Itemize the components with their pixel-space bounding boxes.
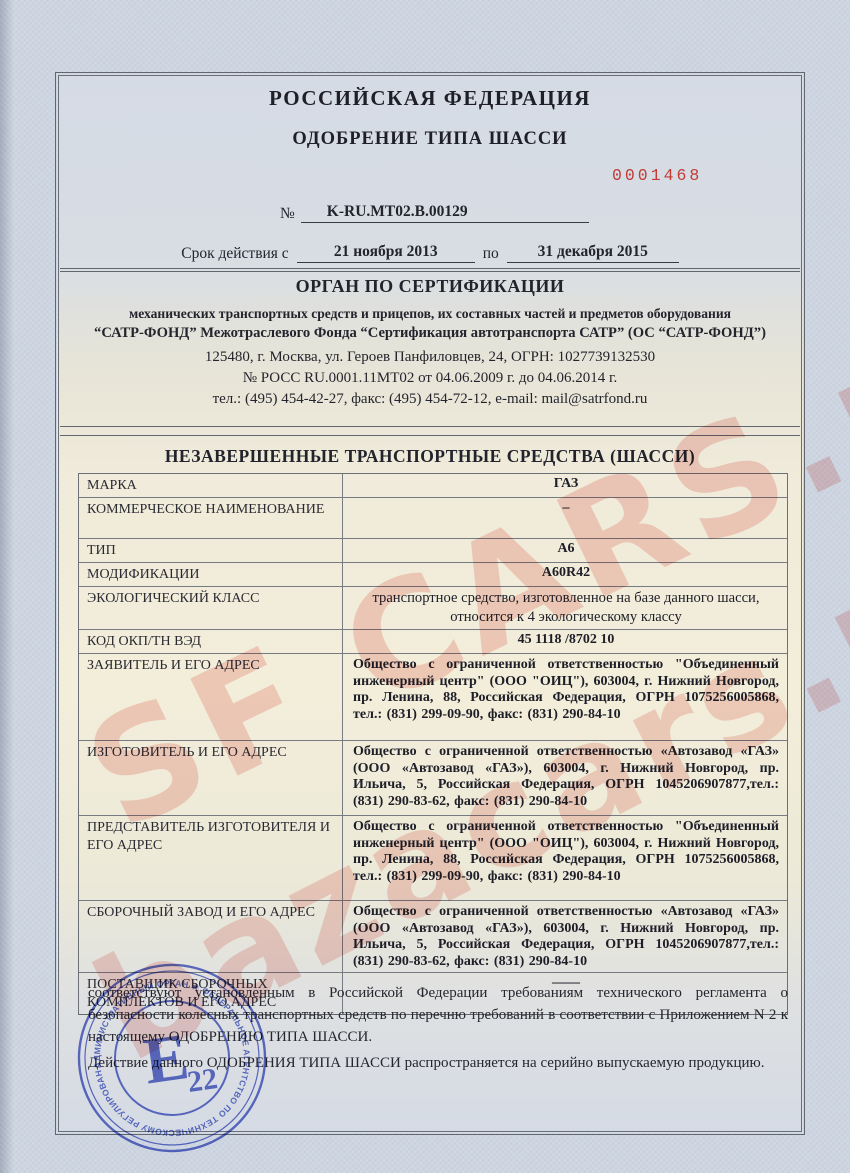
table-row: МАРКАГАЗ [79,474,787,497]
row-label: КОД ОКП/ТН ВЭД [79,630,343,653]
row-label: ИЗГОТОВИТЕЛЬ И ЕГО АДРЕС [79,741,343,815]
validity-prefix: Срок действия с [181,245,288,263]
validity-mid: по [483,245,499,263]
chassis-section-title: НЕЗАВЕРШЕННЫЕ ТРАНСПОРТНЫЕ СРЕДСТВА (ШАС… [60,446,800,467]
certification-body-contacts: тел.: (495) 454-42-27, факс: (495) 454-7… [70,389,790,410]
row-label: ТИП [79,539,343,562]
validity-date-from: 21 ноября 2013 [297,243,475,263]
chassis-table: МАРКАГАЗКОММЕРЧЕСКОЕ НАИМЕНОВАНИЕ–ТИПА6М… [78,473,788,1015]
row-value: Общество с ограниченной ответственностью… [343,816,787,900]
approval-number-line: № K-RU.MT02.B.00129 [280,203,589,223]
row-value: Общество с ограниченной ответственностью… [343,901,787,972]
certification-body-section: ОРГАН ПО СЕРТИФИКАЦИИ механических транс… [70,276,790,410]
country-title: РОССИЙСКАЯ ФЕДЕРАЦИЯ [60,86,800,111]
certification-body-address: 125480, г. Москва, ул. Героев Панфиловце… [70,347,790,368]
certification-body-name: “САТР-ФОНД” Межотраслевого Фонда “Сертиф… [70,325,790,342]
row-value: транспортное средство, изготовленное на … [343,587,787,629]
row-value: А6 [343,539,787,562]
certification-body-title: ОРГАН ПО СЕРТИФИКАЦИИ [70,276,790,297]
approval-number-value: K-RU.MT02.B.00129 [301,203,589,223]
row-label: ПРЕДСТАВИТЕЛЬ ИЗГОТОВИТЕЛЯ И ЕГО АДРЕС [79,816,343,900]
serial-number: 0001468 [612,166,702,185]
row-label: МАРКА [79,474,343,497]
certification-body-scope: механических транспортных средств и приц… [70,306,790,322]
row-value: ГАЗ [343,474,787,497]
row-value: Общество с ограниченной ответственностью… [343,654,787,740]
number-sign: № [280,205,301,223]
table-row: ЗАЯВИТЕЛЬ И ЕГО АДРЕСОбщество с ограниче… [79,653,787,740]
validity-line: Срок действия с 21 ноября 2013 по 31 дек… [60,243,800,263]
divider-line [60,268,800,269]
divider-line [60,426,800,427]
divider-line [60,435,800,436]
row-value: A60R42 [343,563,787,586]
validity-date-to: 31 декабря 2015 [507,243,679,263]
row-label: КОММЕРЧЕСКОЕ НАИМЕНОВАНИЕ [79,498,343,538]
divider-line [60,271,800,272]
table-row: КОД ОКП/ТН ВЭД45 1118 /8702 10 [79,629,787,653]
stamp-22-number: 22 [185,1062,219,1099]
table-row: КОММЕРЧЕСКОЕ НАИМЕНОВАНИЕ– [79,497,787,538]
stamp-e-letter: Е [139,1020,193,1098]
row-label: ЭКОЛОГИЧЕСКИЙ КЛАСС [79,587,343,629]
table-row: ПРЕДСТАВИТЕЛЬ ИЗГОТОВИТЕЛЯ И ЕГО АДРЕСОб… [79,815,787,900]
row-label: ЗАЯВИТЕЛЬ И ЕГО АДРЕС [79,654,343,740]
table-row: ИЗГОТОВИТЕЛЬ И ЕГО АДРЕСОбщество с огран… [79,740,787,815]
certificate-page: РОССИЙСКАЯ ФЕДЕРАЦИЯ ОДОБРЕНИЕ ТИПА ШАСС… [0,0,850,1173]
table-row: ЭКОЛОГИЧЕСКИЙ КЛАССтранспортное средство… [79,586,787,629]
table-row: МОДИФИКАЦИИA60R42 [79,562,787,586]
row-value: 45 1118 /8702 10 [343,630,787,653]
row-label: МОДИФИКАЦИИ [79,563,343,586]
table-row: ТИПА6 [79,538,787,562]
row-value: – [343,498,787,538]
e22-round-stamp: АДМИНИСТРАТИВНЫЙ ОРГАН ★ ФЕДЕРАЛЬНОЕ АГЕ… [52,938,291,1173]
row-value: Общество с ограниченной ответственностью… [343,741,787,815]
certification-body-accreditation: № РОСС RU.0001.11МТ02 от 04.06.2009 г. д… [70,368,790,389]
document-type-title: ОДОБРЕНИЕ ТИПА ШАССИ [60,129,800,150]
